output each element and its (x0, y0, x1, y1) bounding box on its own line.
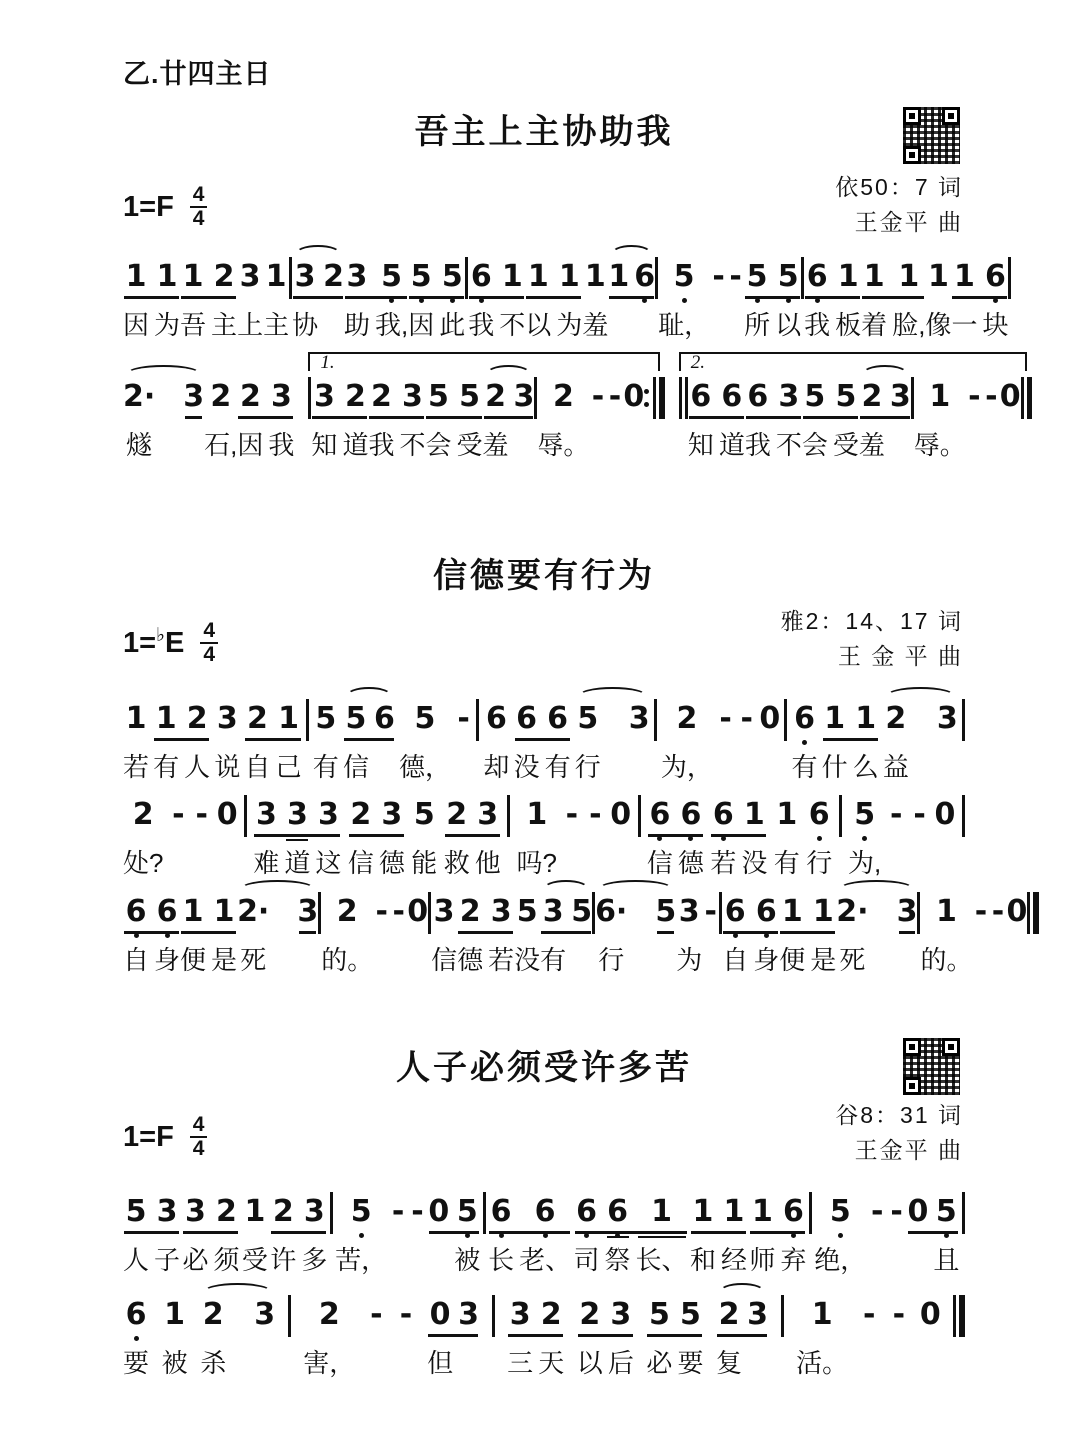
note-group: - (563, 797, 580, 881)
octave-dot-row (920, 930, 972, 941)
note-number: - (975, 894, 987, 930)
meter-numerator: 4 (190, 1114, 208, 1138)
note-number: - (871, 1194, 883, 1230)
octave-dot-row (390, 930, 407, 941)
note-number: 1 (928, 259, 949, 295)
octave-dot-row (237, 415, 263, 426)
note-number: 3 (458, 1297, 479, 1333)
note-group: - (869, 1194, 886, 1278)
note: 0 (907, 1194, 928, 1278)
note-group: 6若1没 (710, 797, 767, 881)
low-octave-dot (721, 836, 726, 841)
note: 6·行 (595, 894, 627, 978)
octave-dot-row (399, 737, 451, 748)
octave-dot-row (237, 295, 263, 306)
note: 1己 (276, 701, 302, 785)
octave-dot-row (348, 833, 374, 844)
octave-dot-row (890, 415, 911, 426)
lyric: 司 (574, 1244, 600, 1278)
lyric: 么 (853, 751, 879, 785)
note-number: 2 (885, 701, 906, 737)
note-group: 2·死3 (836, 894, 917, 978)
note-number: 5 (854, 797, 875, 833)
low-octave-dot (134, 1336, 139, 1341)
note-group: 0 (610, 797, 631, 881)
credits-block: 雅2：14、17 词 王 金 平 曲 (781, 604, 963, 674)
note-number: - (592, 379, 604, 415)
note: 2人 (184, 701, 210, 785)
lyric: 受 (457, 429, 483, 463)
note: 6身 (154, 894, 180, 978)
note-number: 1 (214, 894, 235, 930)
lyric: 知 (311, 429, 337, 463)
note-group: 1的。 (920, 894, 972, 978)
barline-single (483, 1192, 486, 1234)
octave-dot-row (154, 1230, 180, 1241)
octave-dot-row (444, 833, 470, 844)
octave-dot-row (454, 1230, 480, 1241)
section-header: 乙.廿四主日 (123, 52, 272, 91)
note: 5苦， (335, 1194, 387, 1278)
note-group: 2我3不 (368, 379, 425, 463)
octave-dot-row (972, 930, 989, 941)
lyric: 师 (749, 1244, 775, 1278)
lyric: 为 (154, 309, 180, 343)
octave-dot-row (848, 833, 881, 844)
credits-block: 依50：7 词 王金平 曲 (835, 170, 963, 240)
octave-dot-row (738, 737, 755, 748)
note-group: - (738, 701, 755, 785)
octave-dot-row (888, 1230, 905, 1241)
octave-dot-row (741, 833, 767, 844)
note-number: 5 (835, 379, 856, 415)
note: 6若 (710, 797, 736, 881)
note: 5会 (425, 379, 451, 463)
note: 3为 (676, 894, 702, 978)
lyric: 益 (883, 751, 909, 785)
note-number: - (985, 379, 997, 415)
note-number: 5 (414, 797, 435, 833)
note-number: 5 (457, 1194, 478, 1230)
note-number: 3 (381, 797, 402, 833)
octave-dot-row (822, 737, 848, 748)
note-number: 3 (402, 379, 423, 415)
low-octave-dot (584, 1233, 589, 1238)
note-group: 6自6身 (123, 894, 180, 978)
note: 1以 (525, 259, 551, 343)
octave-dot-row (253, 833, 279, 844)
note-number: 5 (126, 1194, 147, 1230)
note: 2天 (538, 1297, 564, 1381)
lyric: 若 (710, 847, 736, 881)
note-group: 2因3我 (237, 379, 294, 463)
note: 6弃 (780, 1194, 806, 1278)
octave-dot-row (608, 295, 629, 306)
credits-block: 谷8：31 词 王金平 曲 (835, 1098, 963, 1168)
low-octave-dot (786, 298, 791, 303)
octave-dot-row (123, 1333, 149, 1344)
note-group: 2辱。 (537, 379, 589, 463)
note-number: 3 (491, 894, 512, 930)
octave-dot-row (677, 1333, 703, 1344)
lyric: 不 (399, 429, 425, 463)
note-group: 1被 (162, 1297, 188, 1381)
note: 1主 (263, 259, 289, 343)
note-number: 5 (411, 259, 432, 295)
note-number: - (609, 379, 621, 415)
lyric: 活。 (796, 1347, 848, 1381)
lyric: 经 (721, 1244, 747, 1278)
note: 3说 (214, 701, 240, 785)
note: - (869, 1194, 886, 1278)
low-octave-dot (657, 836, 662, 841)
note-number: 1 (693, 1194, 714, 1230)
low-octave-dot (450, 298, 455, 303)
note: 2德 (457, 894, 483, 978)
octave-dot-row (214, 737, 240, 748)
octave-dot-row (373, 930, 390, 941)
note-number: 2· (237, 894, 269, 930)
note: 5行 (575, 701, 601, 785)
note: 0 (759, 701, 780, 785)
lyric: 助 (344, 309, 370, 343)
lyric: 便 (180, 944, 206, 978)
note-group: 1什1么 (822, 701, 879, 785)
octave-dot-row (375, 295, 408, 306)
note-number: - (589, 797, 601, 833)
note: 3德 (379, 797, 405, 881)
bar-thin-line (476, 699, 479, 741)
time-signature: 44 (190, 1114, 208, 1160)
note-number: 3 (434, 894, 455, 930)
lyric: 道 (284, 847, 310, 881)
note: 1师 (749, 1194, 775, 1278)
note-group: 0 (407, 894, 428, 978)
note: 3信 (431, 894, 457, 978)
note-group: 1便1是 (779, 894, 836, 978)
note-group: 6知6道 (688, 379, 745, 463)
note-number: 2 (719, 1297, 740, 1333)
octave-dot-row (343, 737, 369, 748)
note-group: - (888, 1194, 905, 1278)
repeat-dot (644, 402, 649, 407)
note-number: 5 (830, 1194, 851, 1230)
lyric: 没 (514, 944, 540, 978)
note-number: - (172, 797, 184, 833)
octave-dot-row (934, 833, 955, 844)
note-number: 6 (725, 894, 746, 930)
lyric: 多 (301, 1244, 327, 1278)
octave-dot-row (747, 1333, 768, 1344)
note-number: 2 (187, 701, 208, 737)
note: 5 (655, 894, 676, 978)
note-number: 2 (319, 1297, 340, 1333)
note: 1便 (779, 894, 805, 978)
barline-single (784, 699, 787, 741)
octave-dot-row (577, 1333, 603, 1344)
octave-dot-row (835, 295, 861, 306)
note-group: - (606, 379, 623, 463)
octave-dot-row (457, 930, 483, 941)
lyric: 要 (123, 1347, 149, 1381)
note: 2为， (661, 701, 713, 785)
note-number: 5 (680, 1297, 701, 1333)
octave-dot-row (719, 415, 745, 426)
octave-dot-row (727, 295, 744, 306)
note: - (193, 797, 210, 881)
note: 2许 (270, 1194, 296, 1278)
octave-dot-row (475, 833, 501, 844)
lyric: 长 (488, 1244, 514, 1278)
note: 1被 (162, 1297, 188, 1381)
note-number: 6 (157, 894, 178, 930)
sixteenth-underline (286, 839, 308, 841)
lyric: 行 (598, 944, 624, 978)
lyric: 吗? (517, 847, 557, 881)
octave-dot-row (519, 1230, 571, 1241)
octave-dot-row (836, 930, 868, 941)
barline-single (654, 699, 657, 741)
barline-single (244, 795, 247, 837)
note-group: 1吾2主 (180, 259, 237, 343)
note: 5为, (848, 797, 881, 881)
lyric: 身 (753, 944, 779, 978)
note: 6德 (678, 797, 704, 881)
note-group: 5所5以 (744, 259, 801, 343)
note-group: - (373, 894, 390, 978)
barline-single (330, 1192, 333, 1234)
note: 3三 (507, 1297, 533, 1381)
octave-dot-row (883, 737, 909, 748)
note-number: 2 (210, 379, 231, 415)
note-number: 5 (428, 379, 449, 415)
octave-dot-row (468, 295, 494, 306)
lyric: 羞 (859, 429, 885, 463)
note-group: 3有5 (540, 894, 592, 978)
octave-dot-row (814, 1230, 866, 1241)
octave-dot-row (833, 415, 859, 426)
qr-code-icon (903, 1038, 960, 1095)
meter-denominator: 4 (190, 1138, 208, 1160)
note-group: 1着1脸, (861, 259, 925, 343)
note-number: 5 (804, 379, 825, 415)
octave-dot-row (646, 1333, 672, 1344)
note-group: - (983, 379, 1000, 463)
octave-dot-row (744, 295, 770, 306)
note-number: - (705, 894, 717, 930)
low-octave-dot (993, 298, 998, 303)
sheet-music-page: 乙.廿四主日 吾主上主协助我 依50：7 词 王金平 曲 1=F 44 1因1为… (0, 0, 1084, 1451)
sixteenth-underline (607, 1236, 629, 1238)
repeat-dots (644, 377, 649, 419)
note-number: 2 (350, 797, 371, 833)
note-group: 6我3不 (745, 379, 802, 463)
note: 6自 (123, 894, 149, 978)
octave-dot-row (200, 1333, 226, 1344)
lyric: 耻， (658, 309, 710, 343)
lyric: 有 (540, 944, 566, 978)
note-group: 5有 (313, 701, 339, 785)
note: 5因 (408, 259, 434, 343)
note-number: - (457, 701, 469, 737)
note-group: 2·死3 (237, 894, 318, 978)
barline-final (1027, 892, 1039, 934)
note-number: 6 (471, 259, 492, 295)
note-number: 6 (721, 379, 742, 415)
note: 2以 (577, 1297, 603, 1381)
note-number: 0 (907, 1194, 928, 1230)
octave-dot-row (254, 1333, 275, 1344)
note-number: 1 (752, 1194, 773, 1230)
note: 1的。 (920, 894, 972, 978)
bar-thin-line (654, 699, 657, 741)
note-number: 6 (374, 701, 395, 737)
octave-dot-row (540, 930, 566, 941)
lyric: 为， (661, 751, 713, 785)
low-octave-dot (838, 1233, 843, 1238)
note-number: 2 (323, 259, 344, 295)
note-group: 1主 (263, 259, 289, 343)
note-number: 0 (1000, 379, 1021, 415)
lyric: 害， (303, 1347, 355, 1381)
volta-bracket: 1.3知2道2我3不5会5受2羞32辱。--0 (308, 379, 664, 463)
note: 6 (374, 701, 395, 785)
barline-repeat (644, 377, 665, 463)
bar-thin-line (953, 1295, 956, 1337)
note-number: 1 (812, 1297, 833, 1333)
octave-dot-row (537, 415, 589, 426)
note: 3有 (540, 894, 566, 978)
octave-dot-row (710, 295, 727, 306)
note-number: 1 (744, 797, 765, 833)
note-number: 3 (477, 797, 498, 833)
note-number: - (370, 1297, 382, 1333)
low-octave-dot (134, 933, 139, 938)
note-group: 2许3多 (270, 1194, 327, 1278)
octave-dot-row (608, 1333, 634, 1344)
octave-dot-row (774, 833, 800, 844)
note: 3 (629, 701, 650, 785)
note-group: 0 (623, 379, 644, 463)
barline-single (809, 1192, 812, 1234)
note-group: 0但3 (427, 1297, 479, 1381)
lyric: 老、 (519, 1244, 571, 1278)
lyric: 辱。 (914, 429, 966, 463)
note-number: 2· (836, 894, 868, 930)
octave-dot-row (587, 833, 604, 844)
note: 3 (937, 701, 958, 785)
note-number: 3 (295, 259, 316, 295)
meter-numerator: 4 (200, 620, 218, 644)
note-number: 2 (337, 894, 358, 930)
song-title: 吾主上主协助我 (123, 104, 965, 153)
note-number: 5 (747, 259, 768, 295)
octave-dot-row (545, 737, 571, 748)
note-group: 1若 (123, 701, 149, 785)
bar-thin-line (962, 1192, 965, 1234)
note-group: - (409, 1194, 426, 1278)
bar-thin-line (306, 699, 309, 741)
note-number: - (729, 259, 741, 295)
note: 0 (1000, 379, 1021, 463)
note-number: 3 (297, 894, 318, 930)
note: 6长 (488, 1194, 514, 1278)
octave-dot-row (303, 1333, 355, 1344)
bar-thin-line (839, 795, 842, 837)
octave-dot-row (634, 295, 655, 306)
lyric: 苦， (335, 1244, 387, 1278)
octave-dot-row (796, 1333, 848, 1344)
octave-dot-row (925, 295, 951, 306)
lyric: 自 (722, 944, 748, 978)
note-group: 5因5此 (408, 259, 465, 343)
note-number: 5 (571, 894, 592, 930)
note-group: 2羞3 (859, 379, 911, 463)
octave-dot-row (211, 295, 237, 306)
note-number: 3 (287, 797, 308, 833)
meter-denominator: 4 (190, 208, 208, 230)
note-number: 5 (577, 701, 598, 737)
note-number: 5 (315, 701, 336, 737)
octave-dot-row (399, 415, 425, 426)
bar-thin-line (781, 1295, 784, 1337)
note-group: 2复3 (716, 1297, 768, 1381)
note-group: 2以3后 (577, 1297, 634, 1381)
lyric: 有 (313, 751, 339, 785)
note: 3多 (301, 1194, 327, 1278)
note-group: 6我1不 (468, 259, 525, 343)
lyric: 信 (343, 751, 369, 785)
note-number: 5 (674, 259, 695, 295)
lyric: 道 (342, 429, 368, 463)
note-number: 1 (585, 259, 606, 295)
note: 1和 (690, 1194, 716, 1278)
low-octave-dot (815, 298, 820, 303)
note-group: 1有 (774, 797, 800, 881)
lyric: 身 (154, 944, 180, 978)
octave-dot-row (792, 737, 818, 748)
octave-dot-row (315, 833, 341, 844)
octave-dot-row (182, 1230, 208, 1241)
note: 5 (571, 894, 592, 978)
lyric: 须 (213, 1244, 239, 1278)
note: 5且 (933, 1194, 959, 1278)
note-group: 3难3道3这 (253, 797, 341, 881)
note-group: 5信6 (343, 701, 395, 785)
note-number: 1 (126, 259, 147, 295)
note: 1有 (153, 701, 179, 785)
note: 6有 (792, 701, 818, 785)
note-number: 3 (897, 894, 918, 930)
lyric: 信 (647, 847, 673, 881)
lyric: 被 (162, 1347, 188, 1381)
note: 3不 (399, 379, 425, 463)
octave-dot-row (710, 833, 736, 844)
note: - (911, 797, 928, 881)
note-number: 6 (985, 259, 1006, 295)
qr-finder-icon (942, 1038, 960, 1056)
note-group: 6我1板 (804, 259, 861, 343)
low-octave-dot (944, 1233, 949, 1238)
lyric: 一 (951, 309, 977, 343)
note-group: 3协2 (292, 259, 344, 343)
low-octave-dot (465, 1233, 470, 1238)
note: 3 (297, 894, 318, 978)
note-group: 0 (1000, 379, 1021, 463)
bar-thick-line (1027, 377, 1033, 419)
repeat-dot (644, 389, 649, 394)
barline-single (492, 1295, 495, 1337)
